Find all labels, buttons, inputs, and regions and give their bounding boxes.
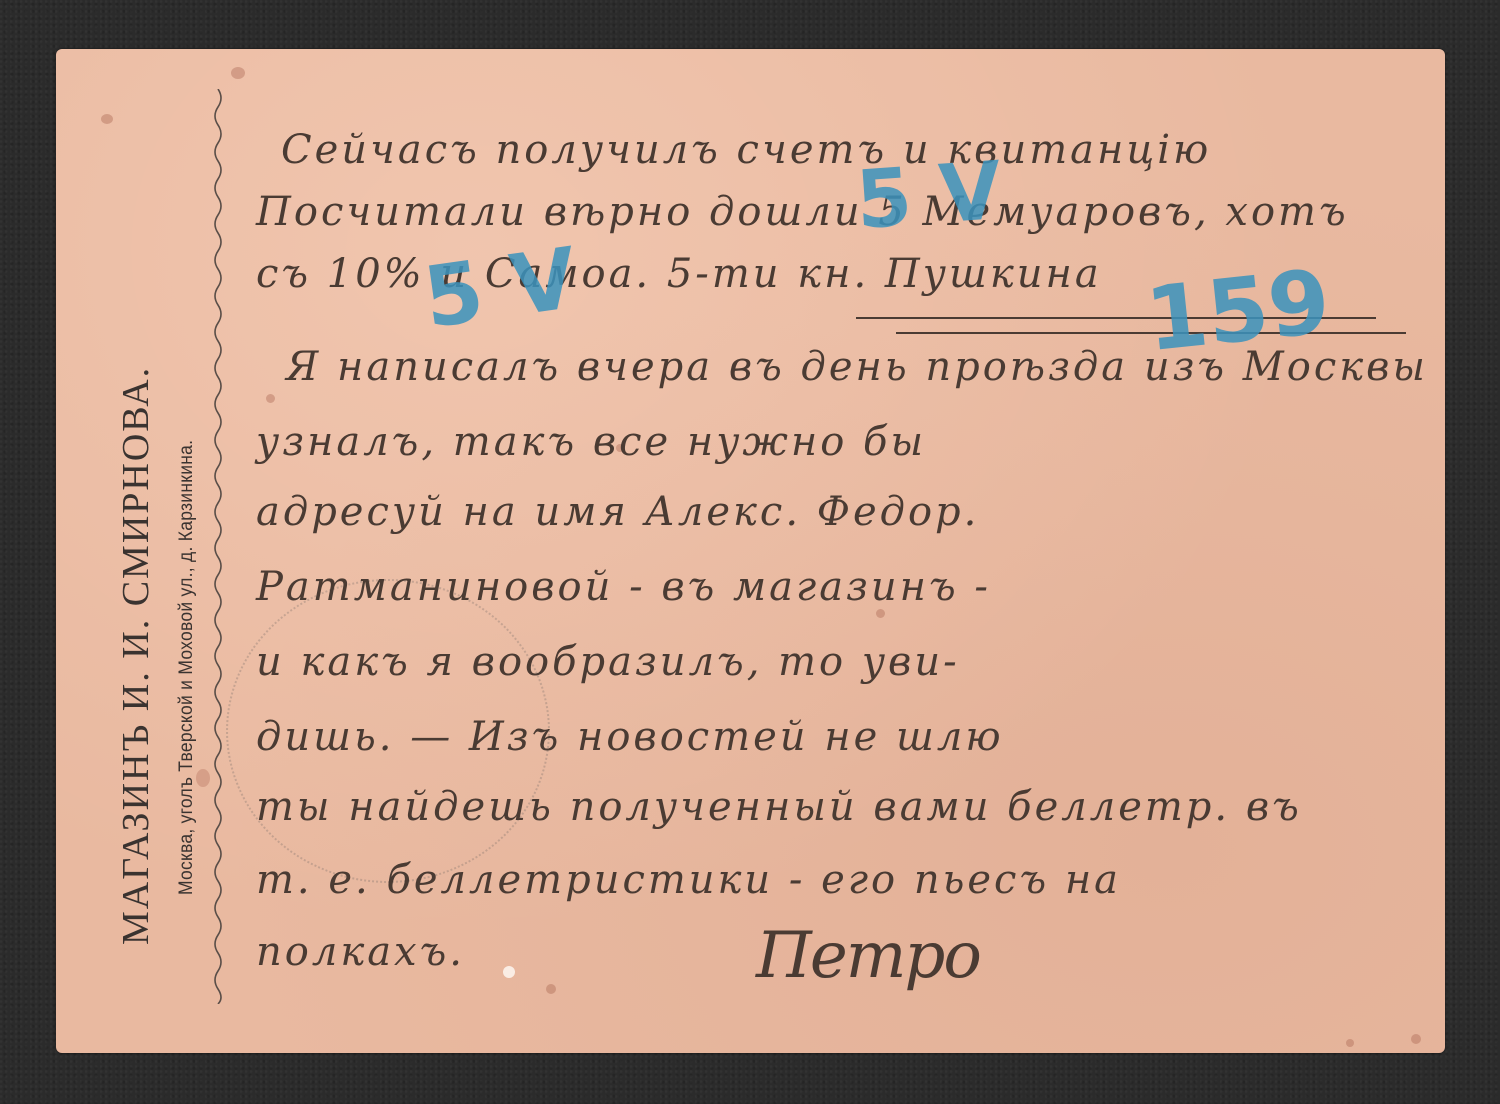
blue-pencil-mark: 5 V — [418, 229, 583, 347]
handwritten-line: ты найдешь полученный вами беллетр. въ — [256, 784, 1302, 830]
stain — [503, 966, 515, 978]
shop-address: Москва, уголъ Тверской и Моховой ул., д.… — [176, 440, 198, 895]
handwritten-line: съ 10% и Самоа. 5-ти кн. Пушкина — [256, 251, 1102, 297]
handwritten-line: Сейчасъ получилъ счетъ и квитанцію — [281, 127, 1211, 173]
handwritten-line: и какъ я вообразилъ, то уви- — [256, 639, 960, 685]
stain — [1346, 1039, 1354, 1047]
handwritten-line: т. е. беллетристики - его пьесъ на — [256, 857, 1121, 903]
stain — [266, 394, 275, 403]
handwritten-line: Ратманиновой - въ магазинъ - — [256, 564, 991, 610]
stain — [231, 67, 245, 79]
wavy-divider — [206, 89, 230, 1004]
signature: Петро — [756, 919, 980, 993]
stain — [101, 114, 113, 124]
handwritten-line: узналъ, такъ все нужно бы — [256, 419, 926, 465]
stain — [876, 609, 885, 618]
handwritten-line: полкахъ. — [256, 929, 465, 975]
handwritten-line: адресуй на имя Алекс. Федор. — [256, 489, 979, 535]
stain — [1411, 1034, 1421, 1044]
blue-pencil-mark: 159 — [1141, 250, 1334, 372]
handwritten-line: дишь. — Изъ новостей не шлю — [256, 714, 1004, 760]
postcard: МАГАЗИНЪ И. И. СМИРНОВА. Москва, уголъ Т… — [56, 49, 1445, 1053]
handwritten-line: Посчитали вѣрно дошли 5 Мемуаровъ, хотъ — [256, 189, 1349, 235]
blue-pencil-mark: 5 V — [853, 144, 1005, 247]
shop-title: МАГАЗИНЪ И. И. СМИРНОВА. — [114, 366, 158, 945]
stain — [546, 984, 556, 994]
